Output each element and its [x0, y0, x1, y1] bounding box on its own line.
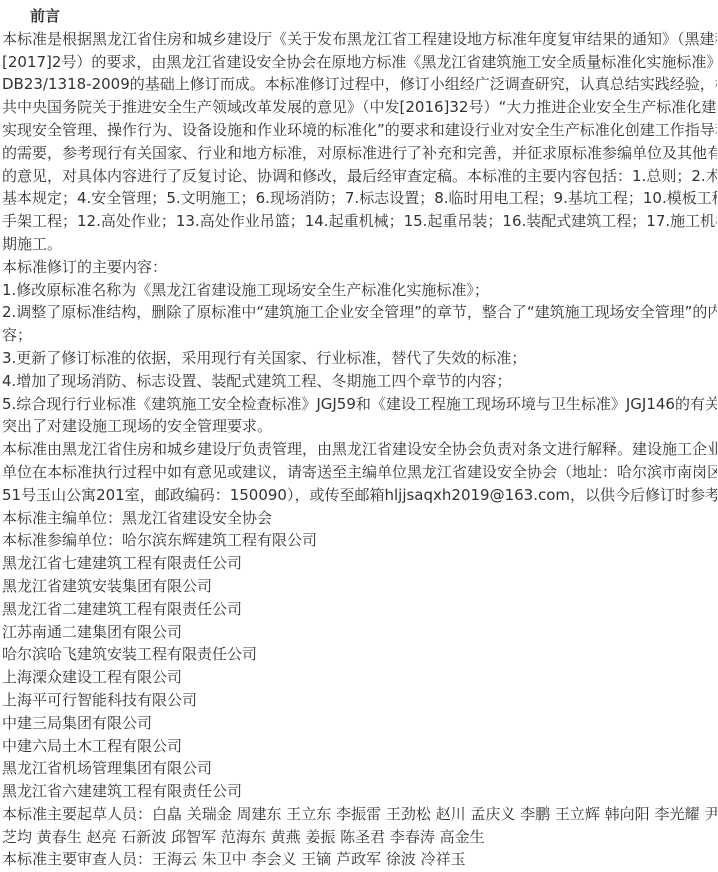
text-line: 黑龙江省机场管理集团有限公司 [2, 757, 717, 780]
text-line: 突出了对建设施工现场的安全管理要求。 [2, 415, 717, 438]
text-line: 中建三局集团有限公司 [2, 712, 717, 735]
text-line: 中建六局土木工程有限公司 [2, 735, 717, 758]
text-line: 上海平可行智能科技有限公司 [2, 689, 717, 712]
text-line: 3.更新了修订标准的依据，采用现行有关国家、行业标准，替代了失效的标准； [2, 347, 717, 370]
text-line: 哈尔滨哈飞建筑安装工程有限责任公司 [2, 643, 717, 666]
text-line: [2017]2号）的要求，由黑龙江省建设安全协会在原地方标准《黑龙江省建筑施工安… [2, 51, 717, 74]
page-title: 前言 [2, 5, 717, 28]
text-line: 黑龙江省建筑安装集团有限公司 [2, 575, 717, 598]
text-line: 本标准主要审查人员：王海云 朱卫中 李会义 王镝 芦政军 徐波 冷祥玉 [2, 848, 717, 871]
text-line: 共中央国务院关于推进安全生产领域改革发展的意见》（中发[2016]32号）“大力… [2, 96, 717, 119]
text-line: 芝均 黄春生 赵亮 石新波 邱智军 范海东 黄燕 姜振 陈圣君 李春涛 高金生 [2, 826, 717, 849]
text-line: 黑龙江省七建建筑工程有限责任公司 [2, 552, 717, 575]
text-line: 单位在本标准执行过程中如有意见或建议，请寄送至主编单位黑龙江省建设安全协会（地址… [2, 461, 717, 484]
text-line: 的需要，参考现行有关国家、行业和地方标准，对原标准进行了补充和完善，并征求原标准… [2, 142, 717, 165]
text-line: 基本规定；4.安全管理；5.文明施工；6.现场消防；7.标志设置；8.临时用电工… [2, 187, 717, 210]
text-line: 手架工程；12.高处作业；13.高处作业吊篮；14.起重机械；15.起重吊装；1… [2, 210, 717, 233]
text-line: 期施工。 [2, 233, 717, 256]
text-line: 本标准主要起草人员：白皛 关瑞金 周建东 王立东 李振雷 王劲松 赵川 孟庆义 … [2, 803, 717, 826]
text-line: 1.修改原标准名称为《黑龙江省建设施工现场安全生产标准化实施标准》； [2, 279, 717, 302]
text-line: 江苏南通二建集团有限公司 [2, 621, 717, 644]
text-line: 本标准参编单位：哈尔滨东辉建筑工程有限公司 [2, 529, 717, 552]
text-line: 本标准主编单位：黑龙江省建设安全协会 [2, 507, 717, 530]
text-line: 本标准由黑龙江省住房和城乡建设厅负责管理，由黑龙江省建设安全协会负责对条文进行解… [2, 438, 717, 461]
text-line: 本标准是根据黑龙江省住房和城乡建设厅《关于发布黑龙江省工程建设地方标准年度复审结… [2, 28, 717, 51]
text-line: 5.综合现行行业标准《建筑施工安全检查标准》JGJ59和《建设工程施工现场环境与… [2, 393, 717, 416]
text-line: 上海溧众建设工程有限公司 [2, 666, 717, 689]
text-line: 2.调整了原标准结构，删除了原标准中“建筑施工企业安全管理”的章节，整合了“建筑… [2, 301, 717, 324]
document-body: 前言 本标准是根据黑龙江省住房和城乡建设厅《关于发布黑龙江省工程建设地方标准年度… [0, 0, 718, 872]
text-line: 容； [2, 324, 717, 347]
text-line: 本标准修订的主要内容： [2, 256, 717, 279]
text-line: DB23/1318-2009的基础上修订而成。本标准修订过程中，修订小组经广泛调… [2, 73, 717, 96]
text-line: 51号玉山公寓201室，邮政编码：150090），或传至邮箱hljjsaqxh2… [2, 484, 717, 507]
text-line: 黑龙江省二建建筑工程有限责任公司 [2, 598, 717, 621]
text-line: 黑龙江省六建建筑工程有限责任公司 [2, 780, 717, 803]
text-line: 实现安全管理、操作行为、设备设施和作业环境的标准化”的要求和建设行业对安全生产标… [2, 119, 717, 142]
text-line: 的意见，对具体内容进行了反复讨论、协调和修改，最后经审查定稿。本标准的主要内容包… [2, 165, 717, 188]
text-line: 4.增加了现场消防、标志设置、装配式建筑工程、冬期施工四个章节的内容； [2, 370, 717, 393]
